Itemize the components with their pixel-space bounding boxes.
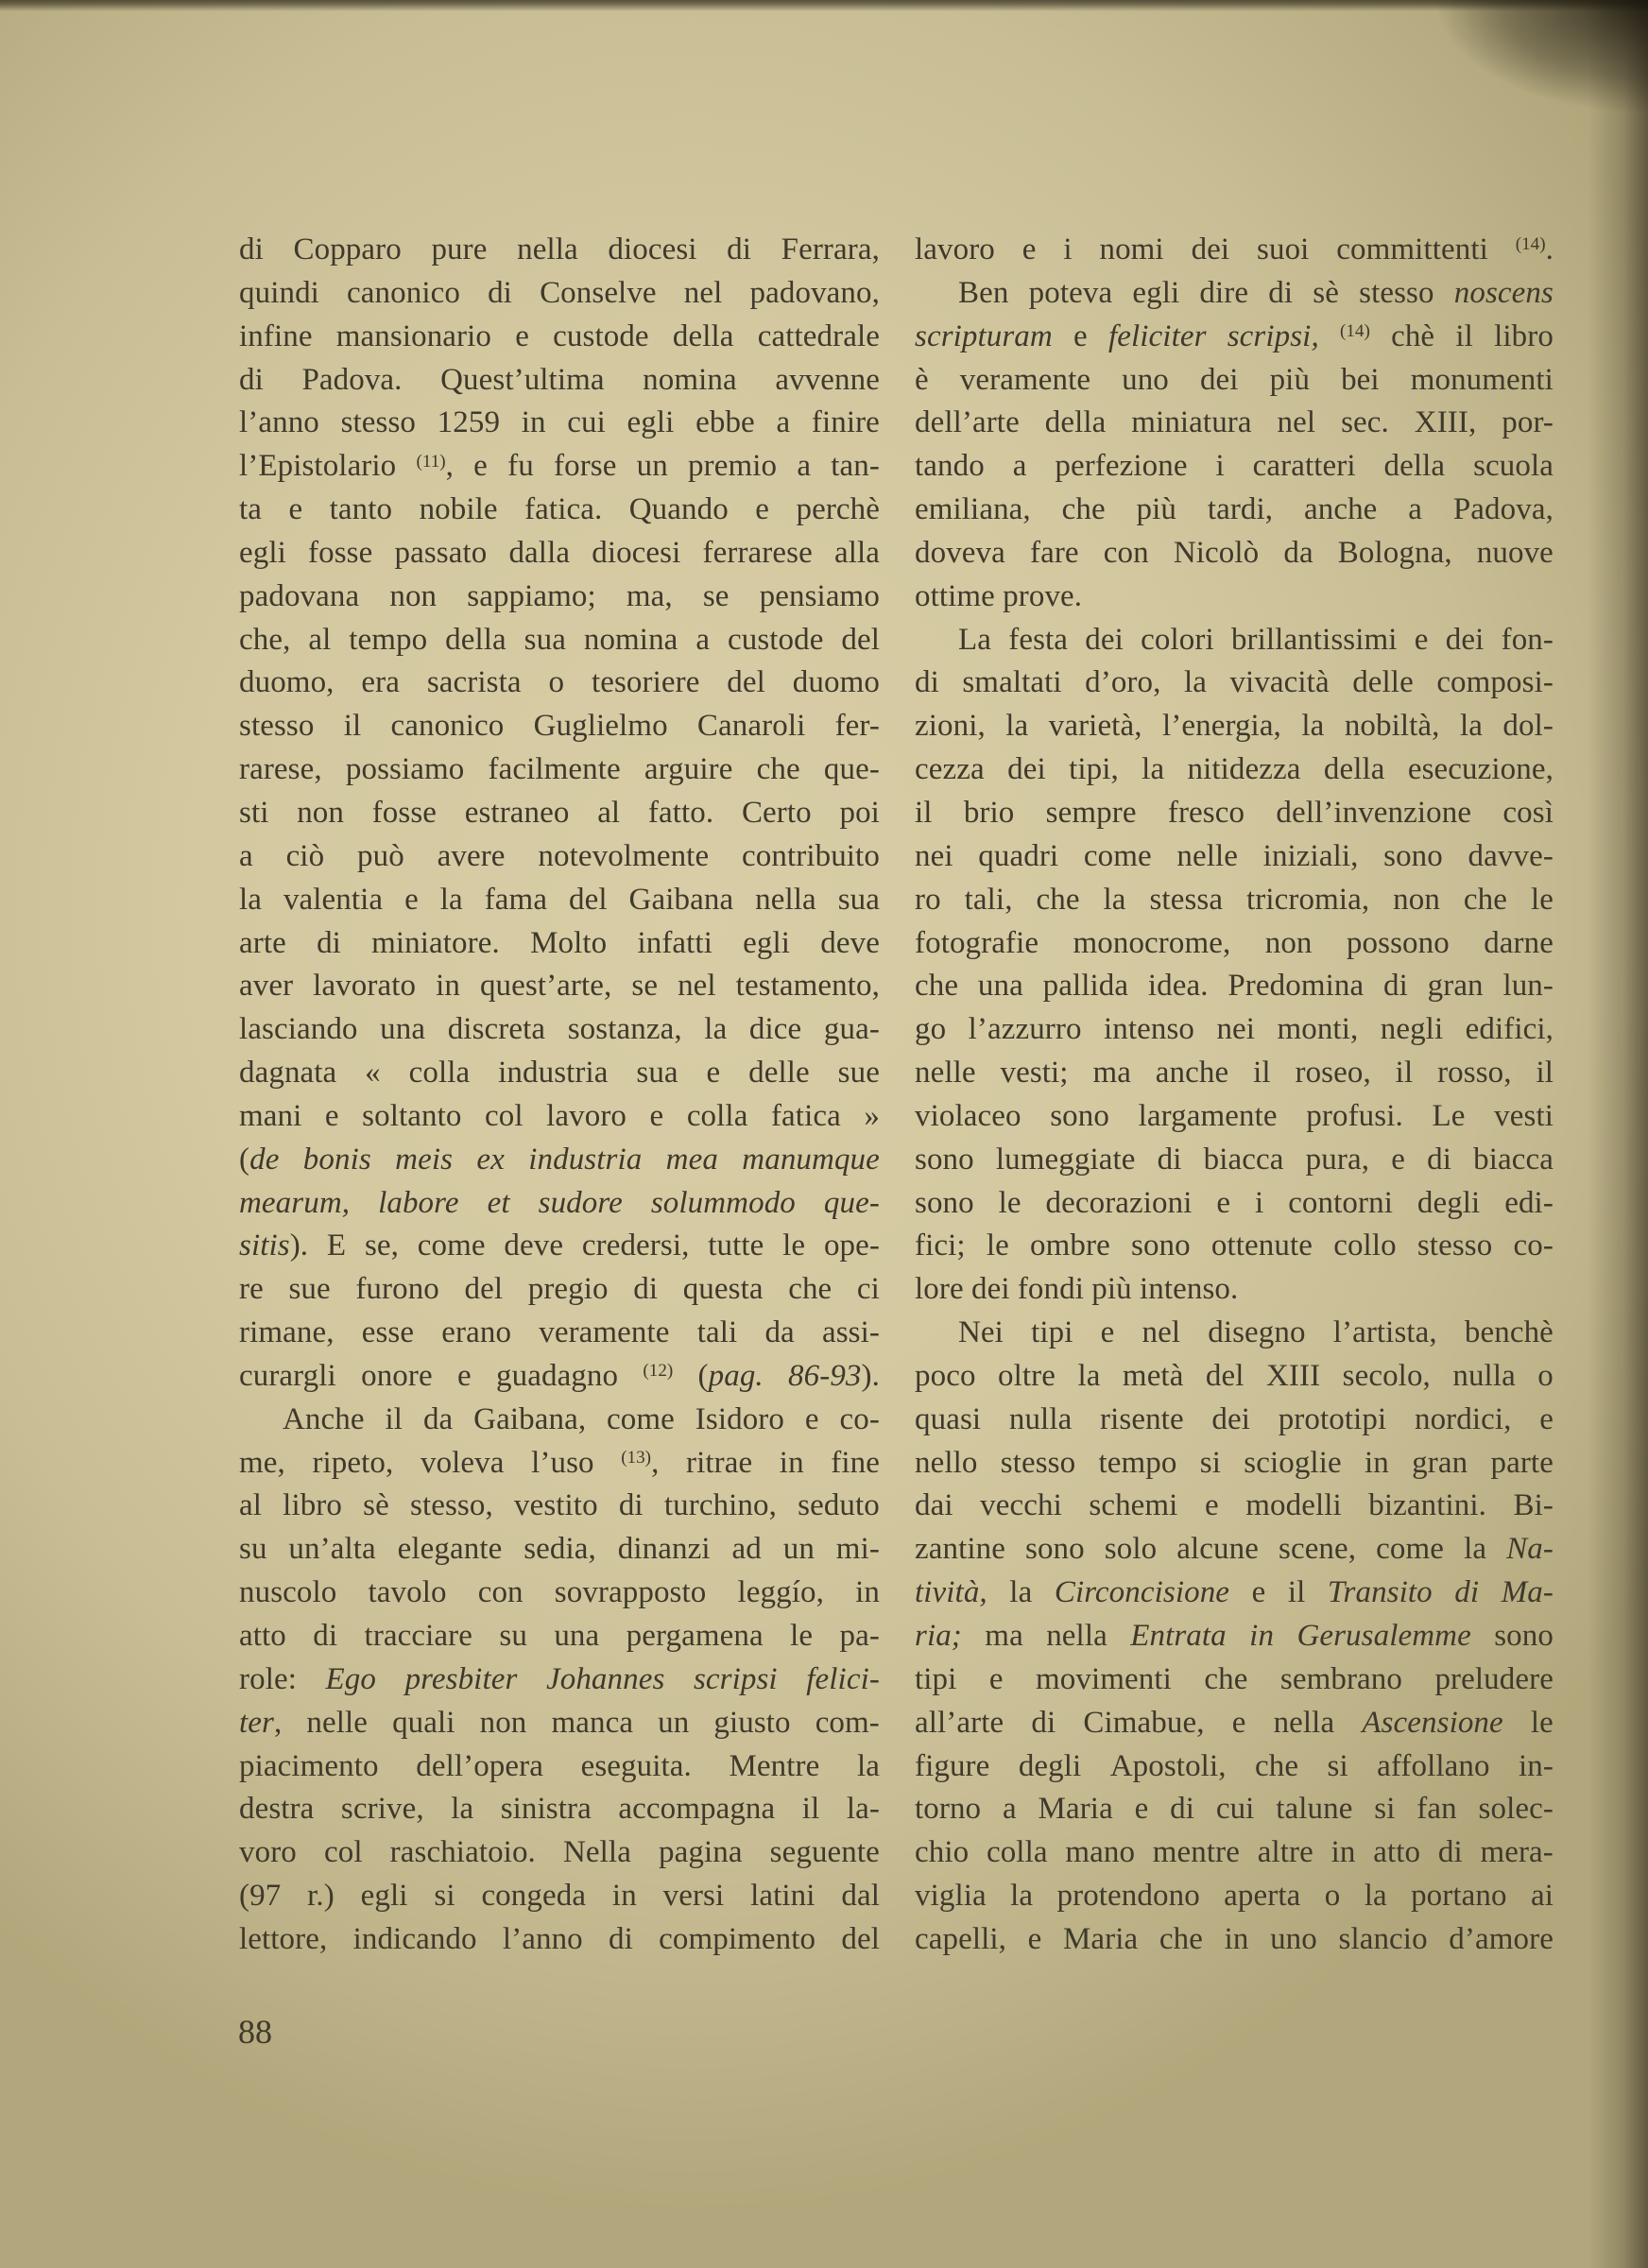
text-line: diCopparopurenelladiocesidiFerrara,	[239, 234, 880, 278]
word: Nei	[958, 1317, 1004, 1349]
word: noscens	[1454, 278, 1554, 309]
word: tività,	[915, 1577, 987, 1608]
word: nel	[678, 971, 716, 1002]
word: il	[1396, 1057, 1414, 1089]
word: pregio	[528, 1274, 609, 1305]
word: edifici,	[1466, 1014, 1554, 1045]
word: di	[1158, 1144, 1182, 1176]
word: sovrapposto	[555, 1577, 707, 1608]
word: libro	[283, 1490, 342, 1521]
word: vivacità	[1229, 667, 1329, 698]
word: Certo	[742, 798, 812, 829]
word: pagina	[659, 1837, 743, 1868]
word: discreta	[448, 1014, 545, 1045]
word: committenti	[1336, 234, 1488, 266]
word: benchè	[1465, 1317, 1554, 1349]
word: testamento,	[736, 971, 880, 1002]
word: al	[239, 1490, 262, 1521]
word: sudore	[539, 1188, 623, 1219]
text-line: vorocolraschiatoio.Nellapaginaseguente	[239, 1837, 880, 1881]
word: l’anno	[239, 407, 319, 438]
word: uno	[1122, 365, 1169, 396]
word: biacca	[1204, 1144, 1284, 1176]
word: di	[1438, 1837, 1463, 1868]
word: negli	[1381, 1014, 1443, 1045]
word: fama	[485, 885, 547, 916]
word: guadagno	[496, 1361, 618, 1392]
text-line: sonolumeggiatedibiaccapura,edibiacca	[915, 1144, 1554, 1188]
word: come	[607, 1404, 675, 1435]
word: ro	[915, 885, 941, 916]
word: assi-	[822, 1317, 880, 1349]
word: avere	[438, 841, 506, 872]
word: lore	[915, 1274, 964, 1305]
word: fer-	[835, 711, 880, 742]
word: destra	[239, 1794, 314, 1825]
word: dal	[841, 1881, 880, 1912]
word: e	[1415, 625, 1429, 656]
word: premio	[688, 451, 777, 482]
text-line: quasinullarisentedeiprototipinordici,e	[915, 1404, 1554, 1448]
word: ombre	[1030, 1230, 1110, 1262]
word: bizantini.	[1368, 1490, 1486, 1521]
word: Quest’ultima	[440, 365, 605, 396]
word: tracciare	[365, 1621, 472, 1652]
word: mi-	[836, 1534, 880, 1565]
word: alcune	[1176, 1534, 1259, 1565]
word: degli	[1417, 1188, 1480, 1219]
text-line: role:EgopresbiterJohannesscripsifelici-	[239, 1664, 880, 1708]
word: sostanza,	[568, 1014, 682, 1045]
word: l’azzurro	[969, 1014, 1082, 1045]
word: Isidoro	[695, 1404, 784, 1435]
word: scrive,	[341, 1794, 424, 1825]
word: cattedrale	[758, 321, 880, 352]
word: dagnata	[239, 1057, 336, 1089]
word: feliciter	[1108, 321, 1207, 352]
word: solec-	[1479, 1794, 1554, 1825]
text-line: (97r.)eglisicongedainversilatinidal	[239, 1881, 880, 1924]
word: più	[1091, 1274, 1131, 1305]
word: turchino,	[664, 1490, 777, 1521]
word: poteva	[1029, 278, 1113, 309]
word: ci	[857, 1274, 880, 1305]
word: avvenne	[775, 365, 880, 396]
word: che	[757, 754, 800, 785]
text-line: Benpotevaeglidiredisèstessonoscens	[915, 278, 1554, 321]
word: Maria	[1039, 1794, 1113, 1825]
word: tavolo	[368, 1577, 446, 1608]
word: iniziali,	[1263, 841, 1359, 872]
word: Bologna,	[1338, 538, 1452, 569]
text-line: tandoaperfezioneicaratteridellascuola	[915, 451, 1554, 494]
word: la	[1184, 667, 1207, 698]
text-line: stessoilcanonicoGuglielmoCanarolifer-	[239, 711, 880, 754]
word: la	[1460, 711, 1483, 742]
word: Conselve	[540, 278, 657, 309]
word: fon-	[1502, 625, 1554, 656]
word: l’anno	[503, 1924, 583, 1955]
word: edi-	[1504, 1188, 1554, 1219]
text-line: dovevafareconNicolòdaBologna,nuove	[915, 538, 1554, 581]
word: che	[1204, 1664, 1247, 1695]
word: dire	[1199, 278, 1248, 309]
word: fatto.	[648, 798, 713, 829]
word: lavoro	[915, 234, 995, 266]
word: slancio	[1339, 1924, 1428, 1955]
word: della	[1324, 754, 1385, 785]
word: ter,	[239, 1708, 282, 1739]
word: che	[1062, 494, 1106, 525]
word: infine	[239, 321, 313, 352]
word: la	[857, 1751, 880, 1782]
word: (97	[239, 1881, 281, 1912]
word: sono	[1131, 1230, 1191, 1262]
word: ex	[476, 1144, 505, 1176]
word: tipi	[915, 1664, 956, 1695]
word: così	[1502, 798, 1554, 829]
word: in	[522, 407, 546, 438]
word: di	[1268, 278, 1293, 309]
word: viglia	[915, 1881, 987, 1912]
word: mearum,	[239, 1188, 350, 1219]
word: secolo,	[1343, 1361, 1431, 1392]
word: nelle	[1176, 841, 1238, 872]
word: giusto	[713, 1708, 790, 1739]
word: Ma-	[1502, 1577, 1554, 1608]
word: davve-	[1468, 841, 1554, 872]
text-line: artediminiatore.Moltoinfattieglideve	[239, 928, 880, 971]
word: forse	[554, 451, 616, 482]
word: seguente	[770, 1837, 880, 1868]
word: il	[344, 711, 362, 742]
word: la-	[847, 1794, 880, 1825]
word: (14)	[1340, 321, 1370, 352]
text-line: l’annostesso1259incuiegliebbeafinire	[239, 407, 880, 451]
word: infatti	[637, 928, 712, 959]
word: un’alta	[288, 1534, 375, 1565]
word: che	[1255, 1751, 1298, 1782]
word: fare	[1030, 538, 1079, 569]
word: congeda	[481, 1881, 586, 1912]
word: il	[1288, 1577, 1306, 1608]
word: seduto	[798, 1490, 880, 1521]
word: rimane,	[239, 1317, 335, 1349]
word: la	[1365, 1881, 1387, 1912]
word: Quando	[629, 494, 729, 525]
word: lasciando	[239, 1014, 358, 1045]
text-line: taetantonobilefatica.Quandoeperchè	[239, 494, 880, 538]
word: mansionario	[336, 321, 491, 352]
word: sempre	[1046, 798, 1137, 829]
word: diocesi	[608, 234, 696, 266]
word: poco	[915, 1361, 976, 1392]
word: l’energia,	[1162, 711, 1281, 742]
word: si	[434, 1881, 455, 1912]
text-line: attoditracciaresuunapergamenalepa-	[239, 1621, 880, 1664]
word: ma	[1092, 1057, 1131, 1089]
word: la	[1104, 885, 1126, 916]
word: ebbe	[695, 407, 755, 438]
word: sappiamo;	[467, 581, 596, 612]
word: stesso	[239, 711, 314, 742]
word: et	[488, 1188, 510, 1219]
word: di	[1383, 971, 1408, 1002]
word: cezza	[915, 754, 985, 785]
word: cui	[567, 407, 606, 438]
word: versi	[663, 1881, 725, 1912]
text-line: violaceosonolargamenteprofusi.Levesti	[915, 1101, 1554, 1144]
word: è	[915, 365, 929, 396]
word: deve	[820, 928, 880, 959]
text-line: diPadova.Quest’ultimanominaavvenne	[239, 365, 880, 408]
text-line: emiliana,chepiùtardi,ancheaPadova,	[915, 494, 1554, 538]
word: r.)	[307, 1881, 335, 1912]
word: eseguita.	[581, 1751, 692, 1782]
word: padovano,	[750, 278, 880, 309]
word: a	[1013, 451, 1027, 482]
word: manca	[551, 1708, 633, 1739]
word: piacimento	[239, 1751, 379, 1782]
word: protendono	[1057, 1881, 1200, 1912]
word: del	[569, 885, 608, 916]
word: e	[1216, 1188, 1230, 1219]
word: di	[488, 278, 512, 309]
word: e	[457, 1361, 472, 1392]
word: sono	[915, 1188, 974, 1219]
word: vestito	[514, 1490, 598, 1521]
text-line: padovananonsappiamo;ma,sepensiamo	[239, 581, 880, 625]
word: dell’invenzione	[1276, 798, 1471, 829]
text-line: zioni,lavarietà,l’energia,lanobiltà,lado…	[915, 711, 1554, 754]
word: più	[1270, 365, 1310, 396]
word: capelli,	[915, 1924, 1006, 1955]
word: dell’arte	[915, 407, 1020, 438]
word: sinistra	[501, 1794, 592, 1825]
word: anche	[1304, 494, 1377, 525]
word: arguire	[644, 754, 733, 785]
word: sono	[1025, 1534, 1085, 1565]
word: sue	[838, 1057, 880, 1089]
text-line: neiquadricomenelleiniziali,sonodavve-	[915, 841, 1554, 885]
word: nulla	[1452, 1361, 1515, 1392]
word: d’amore	[1449, 1924, 1554, 1955]
text-line: che,altempodellasuanominaacustodedel	[239, 625, 880, 668]
text-line: scripturamefeliciterscripsi,(14)chèillib…	[915, 321, 1554, 365]
word: vecchi	[980, 1490, 1062, 1521]
word: che	[915, 971, 958, 1002]
left-column: diCopparopurenelladiocesidiFerrara,quind…	[239, 234, 880, 1967]
word: degli	[1019, 1751, 1081, 1782]
word: dell’opera	[416, 1751, 543, 1782]
word: stesso	[1001, 1448, 1075, 1479]
word: e	[1135, 1794, 1149, 1825]
word: veramente	[960, 365, 1090, 396]
word: notevolmente	[538, 841, 709, 872]
text-line: infinemansionarioecustodedellacattedrale	[239, 321, 880, 365]
text-line: ilbriosemprefrescodell’invenzionecosì	[915, 798, 1554, 841]
word: può	[357, 841, 404, 872]
word: non	[480, 1708, 527, 1739]
word: fan	[1416, 1794, 1456, 1825]
word: solo	[1105, 1534, 1157, 1565]
word: tanto	[330, 494, 392, 525]
word: tempo	[1099, 1448, 1177, 1479]
word: sono	[1494, 1621, 1554, 1652]
word: La	[958, 625, 991, 656]
word: (de	[239, 1144, 279, 1176]
text-line: nellostessotemposiscioglieingranparte	[915, 1448, 1554, 1491]
word: deve	[504, 1230, 563, 1262]
word: nel	[1142, 1317, 1180, 1349]
word: quadri	[978, 841, 1058, 872]
word: Transito	[1328, 1577, 1433, 1608]
word: darne	[1484, 928, 1554, 959]
text-line: Lafestadeicoloribrillantissimiedeifon-	[915, 625, 1554, 668]
word: tardi,	[1208, 494, 1273, 525]
word: non	[297, 798, 344, 829]
word: o	[1325, 1881, 1341, 1912]
text-line: cezzadeitipi,lanitidezzadellaesecuzione,	[915, 754, 1554, 798]
word: i	[1063, 234, 1072, 266]
text-line: aciòpuòaverenotevolmentecontribuito	[239, 841, 880, 885]
word: zantine	[915, 1534, 1005, 1565]
word: a	[1408, 494, 1422, 525]
word: l’artista,	[1333, 1317, 1437, 1349]
word: tan-	[831, 451, 880, 482]
word: stesso	[1359, 278, 1433, 309]
word: nulla	[1009, 1404, 1072, 1435]
word: Maria	[1063, 1924, 1138, 1955]
word: Copparo	[293, 234, 401, 266]
word: a	[776, 407, 790, 438]
word: (12)	[643, 1361, 673, 1392]
word: ad	[731, 1534, 761, 1565]
word: gran	[1412, 1448, 1468, 1479]
word: lettore,	[239, 1924, 327, 1955]
word: in	[436, 971, 460, 1002]
word: nella	[517, 234, 578, 266]
word: largamente	[1139, 1101, 1278, 1132]
word: Entrata	[1130, 1621, 1227, 1652]
word: nobile	[420, 494, 498, 525]
text-line: piacimentodell’operaeseguita.Mentrela	[239, 1751, 880, 1795]
word: re	[239, 1274, 264, 1305]
word: Bi-	[1514, 1490, 1554, 1521]
word: movimenti	[1036, 1664, 1172, 1695]
word: se,	[365, 1230, 399, 1262]
word: violaceo	[915, 1101, 1021, 1132]
word: e	[1101, 1317, 1115, 1349]
word: colori	[1141, 625, 1214, 656]
word: modelli	[1245, 1490, 1342, 1521]
word: (pag.	[698, 1361, 764, 1392]
word: sè	[363, 1490, 389, 1521]
word: fici;	[915, 1230, 966, 1262]
word: su	[239, 1534, 267, 1565]
word: di	[633, 1274, 658, 1305]
word: di	[1031, 1708, 1056, 1739]
word: soltanto	[362, 1101, 461, 1132]
text-line: rarese,possiamofacilmentearguirecheque-	[239, 754, 880, 798]
word: Ferrara,	[781, 234, 880, 266]
word: la	[1464, 1534, 1486, 1565]
word: colla	[987, 1837, 1048, 1868]
word: dei	[1085, 625, 1124, 656]
text-line: averlavoratoinquest’arte,seneltestamento…	[239, 971, 880, 1014]
word: sue	[288, 1274, 330, 1305]
text-line: lasciandounadiscretasostanza,ladicegua-	[239, 1014, 880, 1057]
word: tempo	[349, 625, 427, 656]
word: tali	[697, 1317, 738, 1349]
word: nobiltà,	[1345, 711, 1440, 742]
word: di	[1427, 1144, 1451, 1176]
word: (11),	[416, 451, 454, 482]
word: se	[703, 581, 730, 612]
word: di	[915, 667, 939, 698]
word: finire	[812, 407, 880, 438]
word: canonico	[390, 711, 504, 742]
word: compimento	[659, 1924, 815, 1955]
word: mea	[666, 1144, 718, 1176]
word: le	[1531, 885, 1554, 916]
word: scripturam	[915, 321, 1053, 352]
word: si	[1374, 1794, 1395, 1825]
word: diocesi	[592, 538, 680, 569]
word: che	[1159, 1924, 1203, 1955]
word: labore	[378, 1188, 459, 1219]
word: rarese,	[239, 754, 322, 785]
word: e	[1252, 1577, 1266, 1608]
word: contorni	[1288, 1188, 1393, 1219]
word: il	[1536, 1057, 1554, 1089]
word: in-	[1519, 1751, 1554, 1782]
text-line: dismaltatid’oro,lavivacitàdellecomposi-	[915, 667, 1554, 711]
word: mentre	[1153, 1837, 1240, 1868]
word: la	[1010, 1881, 1033, 1912]
word: della	[1045, 407, 1107, 438]
word: non	[1393, 885, 1440, 916]
word: disegno	[1208, 1317, 1305, 1349]
word: questa	[683, 1274, 764, 1305]
word: in	[855, 1577, 880, 1608]
word: al	[597, 798, 620, 829]
text-line: gol’azzurrointensoneimonti,negliedifici,	[915, 1014, 1554, 1057]
word: affollano	[1377, 1751, 1489, 1782]
word: non	[1265, 928, 1313, 959]
word: Molto	[530, 928, 607, 959]
word: prototipi	[1279, 1404, 1387, 1435]
word: alla	[834, 538, 880, 569]
word: Circoncisione	[1055, 1577, 1229, 1608]
word: e	[1391, 1144, 1405, 1176]
text-line: rimane,esseeranoveramentetalidaassi-	[239, 1317, 880, 1361]
word: che	[788, 1274, 832, 1305]
word: Padova.	[301, 365, 402, 396]
word: brillantissimi	[1231, 625, 1398, 656]
text-line: nellevesti;maancheilroseo,ilrosso,il	[915, 1057, 1554, 1101]
text-line: mearum,laboreetsudoresolummodoque-	[239, 1188, 880, 1231]
word: le	[790, 1621, 813, 1652]
word: scripsi	[694, 1664, 778, 1695]
word: come	[418, 1230, 486, 1262]
word: 1259	[438, 407, 500, 438]
word: Padova,	[1453, 494, 1554, 525]
text-line: dell’artedellaminiaturanelsec.XIII,por-	[915, 407, 1554, 451]
word: esse	[362, 1317, 414, 1349]
word: profusi.	[1306, 1101, 1403, 1132]
word: Johannes	[546, 1664, 664, 1695]
